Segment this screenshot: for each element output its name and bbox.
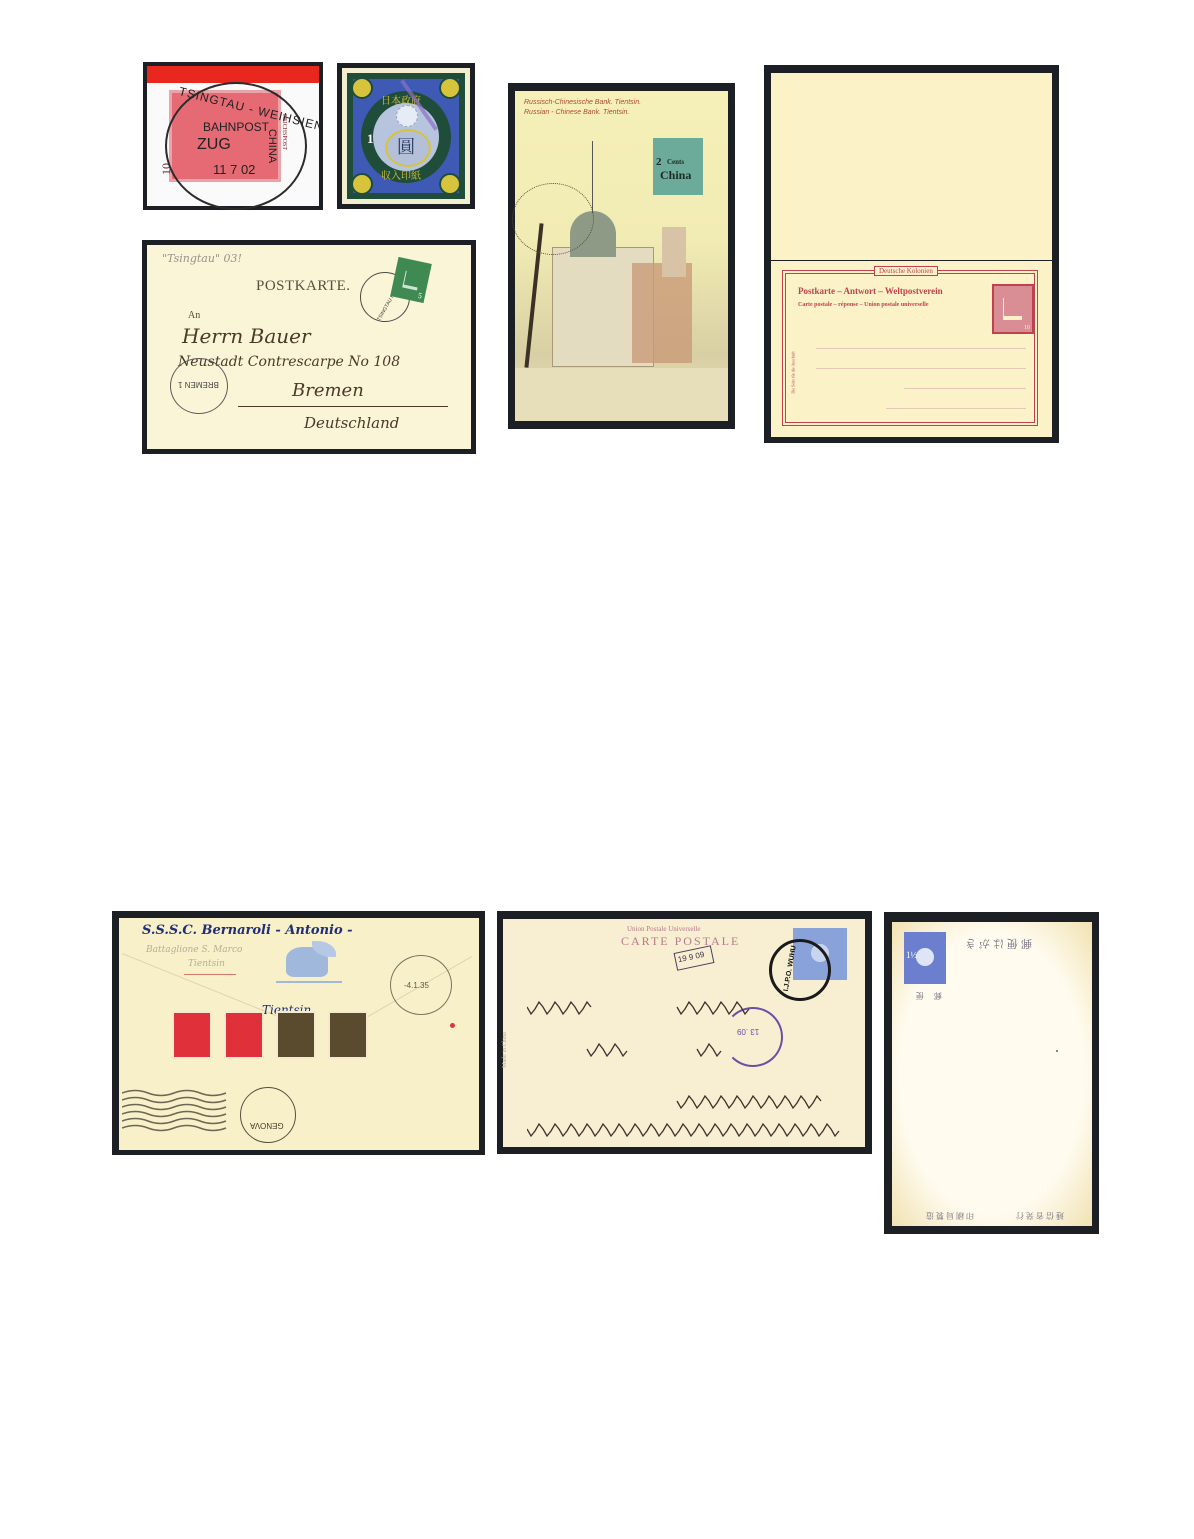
japan-revenue-stamp[interactable]: 圓 日本政府 収入印紙 1 — [337, 63, 475, 209]
china-overprint-stamp: 2 Cents China — [653, 138, 703, 195]
red-mark — [450, 1023, 455, 1028]
lion-of-st-mark-letterhead — [276, 941, 342, 991]
caption-german: Russisch-Chinesische Bank. Tientsin. — [524, 99, 641, 106]
cover-stamp — [328, 1011, 368, 1059]
value-left: 1 — [367, 131, 374, 147]
cancel-side: CHINA — [266, 129, 278, 163]
address-line-3: Bremen — [292, 380, 364, 401]
overprint-country: China — [660, 168, 691, 183]
side-text: Made in China — [502, 1032, 508, 1068]
sender-line: S.S.S.C. Bernaroli - Antonio - — [142, 923, 353, 938]
carte-postale-heading: CARTE POSTALE — [621, 934, 740, 949]
cancel-date: 11 7 02 — [213, 162, 255, 177]
address-line-1: Herrn Bauer — [182, 324, 311, 348]
center-char: 圓 — [397, 133, 415, 159]
tower-right — [662, 227, 686, 277]
cancel-zug: ZUG — [197, 136, 231, 154]
bremen-cancel-text: BREMEN 1 — [178, 380, 219, 389]
tientsin-bank-postcard[interactable]: Russisch-Chinesische Bank. Tientsin. Rus… — [508, 83, 735, 429]
stamp-strip — [172, 1011, 382, 1061]
box-date: 19 9 09 — [677, 950, 705, 964]
address-line — [886, 408, 1026, 409]
pencil-line-1: Battaglione S. Marco — [146, 945, 242, 955]
speck — [1056, 1050, 1058, 1052]
address-underline — [238, 406, 448, 407]
stamp-value: 1½ — [906, 950, 917, 960]
imprint-value: 10 — [1024, 325, 1030, 331]
red-underline — [184, 974, 236, 975]
address-line-4: Deutschland — [304, 414, 399, 432]
bottom-chars: 収入印紙 — [381, 167, 421, 182]
card-frame: Deutsche Kolonien Postkarte – Antwort – … — [782, 270, 1038, 426]
address-line — [904, 388, 1026, 389]
postkarte-tsingtau-1903[interactable]: "Tsingtau" 03! POSTKARTE. TSINGTAU KIAUT… — [142, 240, 476, 454]
red-selvage — [147, 66, 319, 83]
overprint-unit: Cents — [667, 158, 684, 166]
cover-stamp — [172, 1011, 212, 1059]
card-header: Deutsche Kolonien — [874, 266, 938, 276]
corner-ornament — [439, 77, 461, 99]
side-note: Die Seite für die Anschrift — [791, 351, 796, 393]
footer-left: 印刷局製造 — [924, 1210, 974, 1221]
ship-icon — [402, 271, 420, 291]
handwritten-address — [527, 991, 847, 1141]
cancel-bahnpost: BAHNPOST — [203, 120, 269, 134]
bank-building-illustration — [522, 203, 712, 368]
tsingtau-stamp-piece[interactable]: 10 REICHSPOST TSINGTAU - WEIHSIEN BAHNPO… — [143, 62, 323, 210]
stamp-frame: 圓 日本政府 収入印紙 1 — [347, 73, 465, 199]
genova-cancel — [240, 1087, 296, 1143]
pencil-line-2: Tientsin — [188, 959, 225, 969]
heading-small: Union Postale Universelle — [627, 925, 701, 933]
wavy-machine-cancel — [122, 1088, 227, 1133]
card-title-de: Postkarte – Antwort – Weltpostverein — [798, 286, 943, 296]
card-upper-half — [771, 73, 1052, 260]
cover-stamp — [276, 1011, 316, 1059]
stamp-value: 5 — [417, 291, 423, 301]
footer-right: 逓信省発行 — [1014, 1210, 1064, 1221]
address-line — [816, 348, 1026, 349]
building-wing-side — [632, 263, 692, 363]
bare-tree-crown — [512, 183, 594, 255]
card-title-fr: Carte postale – réponse – Union postale … — [798, 302, 929, 308]
street — [515, 368, 728, 421]
letterhead-rule — [276, 981, 342, 983]
cover-stamp — [224, 1011, 264, 1059]
address-line — [816, 368, 1026, 369]
imprinted-stamp: 1½ — [904, 932, 946, 984]
caption-english: Russian - Chinese Bank. Tientsin. — [524, 109, 629, 116]
chrysanthemum-icon — [916, 948, 934, 966]
overprint-value: 2 — [656, 156, 662, 168]
ship-icon — [1003, 298, 1022, 320]
corner-ornament — [351, 173, 373, 195]
chrysanthemum-icon — [396, 105, 418, 127]
arrival-cancel-date: -4.1.35 — [404, 981, 429, 990]
card-top-text: 郵便はがき — [962, 936, 1032, 952]
corner-ornament — [439, 173, 461, 195]
address-prefix: An — [188, 310, 200, 321]
carte-postale-wuhu[interactable]: Union Postale Universelle CARTE POSTALE … — [497, 911, 872, 1154]
pencil-note: "Tsingtau" 03! — [162, 252, 242, 265]
postkarte-heading: POSTKARTE. — [256, 278, 351, 295]
corner-ornament — [351, 77, 373, 99]
flagpole — [592, 141, 593, 213]
italian-cover-tientsin[interactable]: S.S.S.C. Bernaroli - Antonio - Battaglio… — [112, 911, 485, 1155]
under-stamp-text: 郵 便 — [912, 990, 942, 1001]
genova-cancel-text: GENOVA — [250, 1121, 284, 1130]
japanese-postal-card[interactable]: 1½ 郵 便 郵便はがき 印刷局製造 逓信省発行 — [884, 912, 1099, 1234]
reply-postal-card[interactable]: Deutsche Kolonien Postkarte – Antwort – … — [764, 65, 1059, 443]
imprinted-stamp: 10 — [992, 284, 1034, 334]
